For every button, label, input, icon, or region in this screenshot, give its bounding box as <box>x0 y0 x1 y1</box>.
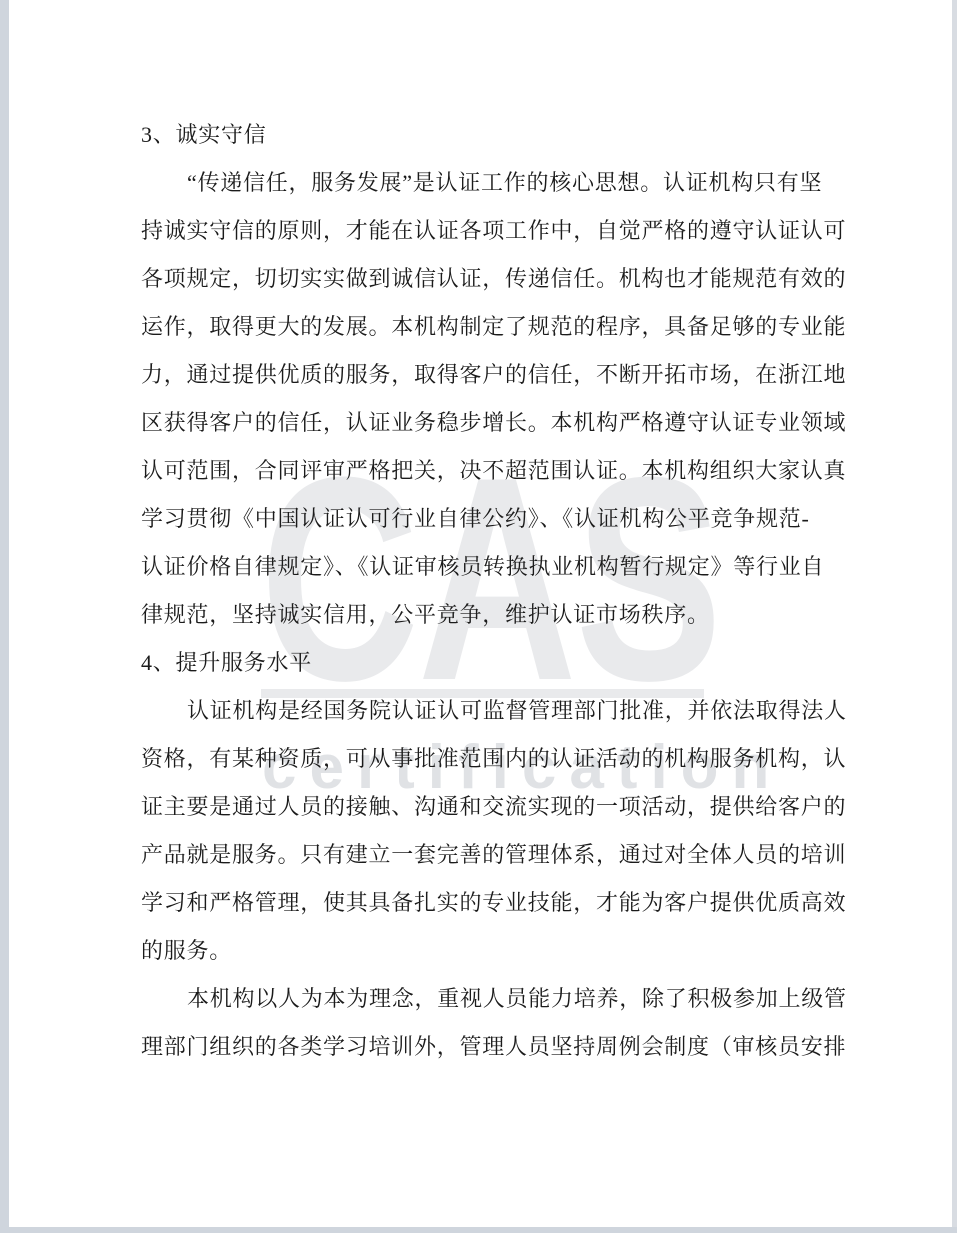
text-line: 的服务。 <box>141 927 831 975</box>
text-line: 持诚实守信的原则，才能在认证各项工作中，自觉严格的遵守认证认可 <box>141 207 831 255</box>
text-line: 认证机构是经国务院认证认可监督管理部门批准，并依法取得法人 <box>141 687 831 735</box>
text-line: 力，通过提供优质的服务，取得客户的信任，不断开拓市场，在浙江地 <box>141 351 831 399</box>
text-line: 认证价格自律规定》、《认证审核员转换执业机构暂行规定》等行业自 <box>141 543 831 591</box>
text-line: 资格，有某种资质，可从事批准范围内的认证活动的机构服务机构，认 <box>141 735 831 783</box>
text-line: 理部门组织的各类学习培训外，管理人员坚持周例会制度（审核员安排 <box>141 1023 831 1071</box>
text-line: 本机构以人为本为理念，重视人员能力培养，除了积极参加上级管 <box>141 975 831 1023</box>
page-edge-bottom <box>0 1227 957 1233</box>
text-line: 学习贯彻《中国认证认可行业自律公约》、《认证机构公平竞争规范- <box>141 495 831 543</box>
text-line: 学习和严格管理，使其具备扎实的专业技能，才能为客户提供优质高效 <box>141 879 831 927</box>
text-line: 区获得客户的信任，认证业务稳步增长。本机构严格遵守认证专业领域 <box>141 399 831 447</box>
text-line: 3、诚实守信 <box>141 111 831 159</box>
text-line: 律规范，坚持诚实信用，公平竞争，维护认证市场秩序。 <box>141 591 831 639</box>
text-line: 运作，取得更大的发展。本机构制定了规范的程序，具备足够的专业能 <box>141 303 831 351</box>
text-line: 各项规定，切切实实做到诚信认证，传递信任。机构也才能规范有效的 <box>141 255 831 303</box>
page-text: 3、诚实守信“传递信任，服务发展”是认证工作的核心思想。认证机构只有坚持诚实守信… <box>141 111 831 1071</box>
page-edge-right <box>952 0 957 1233</box>
text-line: “传递信任，服务发展”是认证工作的核心思想。认证机构只有坚 <box>141 159 831 207</box>
page-edge-left <box>0 0 9 1233</box>
text-line: 证主要是通过人员的接触、沟通和交流实现的一项活动，提供给客户的 <box>141 783 831 831</box>
text-line: 产品就是服务。只有建立一套完善的管理体系，通过对全体人员的培训 <box>141 831 831 879</box>
document-page: CAS certification 3、诚实守信“传递信任，服务发展”是认证工作… <box>0 0 957 1233</box>
text-line: 认可范围，合同评审严格把关，决不超范围认证。本机构组织大家认真 <box>141 447 831 495</box>
text-line: 4、提升服务水平 <box>141 639 831 687</box>
